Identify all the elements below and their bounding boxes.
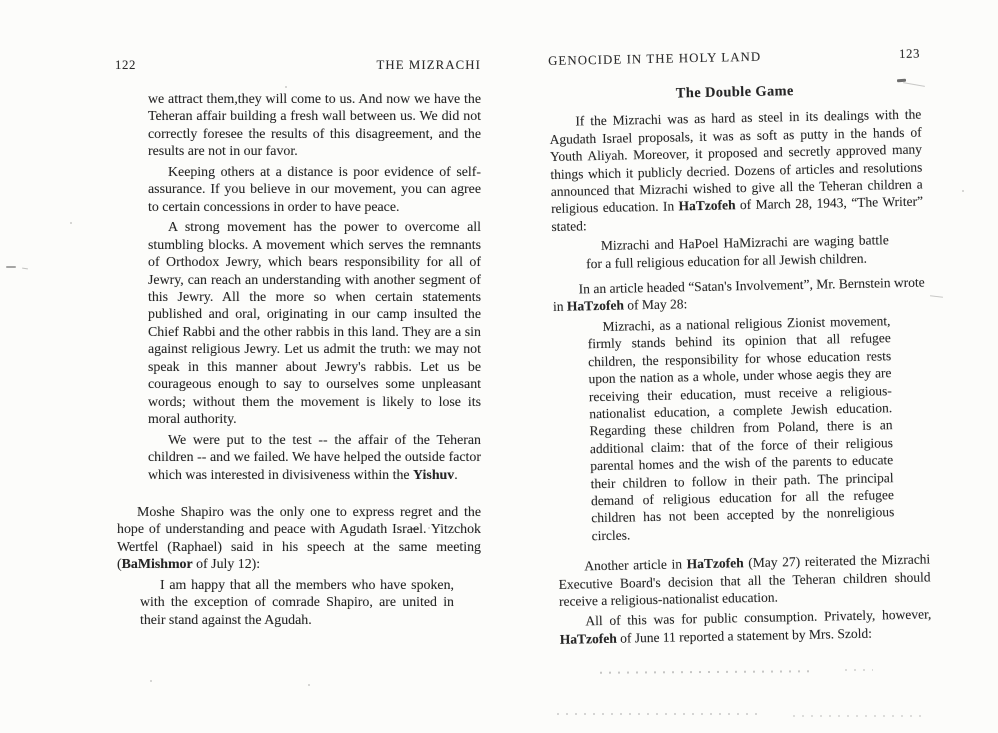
right-page-skew-wrapper: GENOCIDE IN THE HOLY LAND 123 The Double…	[548, 47, 932, 652]
left-page: 122 THE MIZRACHI we attract them,they wi…	[0, 0, 500, 733]
text-run: of June 11 reported a statement by Mrs. …	[617, 625, 872, 645]
paragraph: Mizrachi and HaPoel HaMizrachi are wagin…	[586, 231, 890, 272]
paragraph: We were put to the test -- the affair of…	[148, 432, 481, 484]
text-run: All of this was for public consumption. …	[585, 607, 931, 629]
emphasized-text: The Double Game	[676, 83, 794, 101]
text-run: Mizrachi, as a national religious Zionis…	[588, 313, 895, 543]
text-run: I am happy that all the members who have…	[140, 578, 454, 628]
right-page-number: 123	[899, 47, 920, 62]
paragraph: Moshe Shapiro was the only one to expres…	[117, 504, 481, 574]
paragraph: Keeping others at a distance is poor evi…	[148, 164, 481, 216]
text-run: Another article in	[584, 556, 687, 573]
paragraph: If the Mizrachi was as hard as steel in …	[549, 106, 923, 235]
paragraph: I am happy that all the members who have…	[140, 577, 454, 629]
right-page: GENOCIDE IN THE HOLY LAND 123 The Double…	[500, 0, 998, 733]
left-running-title: THE MIZRACHI	[376, 58, 481, 73]
paragraph: Mizrachi, as a national religious Zionis…	[587, 312, 894, 544]
right-running-header: GENOCIDE IN THE HOLY LAND 123	[548, 47, 920, 69]
right-running-title: GENOCIDE IN THE HOLY LAND	[548, 50, 761, 69]
text-run: A strong movement has the power to overc…	[148, 220, 481, 427]
emphasized-text: HaTzofeh	[678, 198, 735, 214]
section-heading: The Double Game	[549, 81, 921, 106]
text-run: of May 28:	[624, 297, 688, 313]
paragraph: In an article headed “Satan's Involvemen…	[553, 274, 926, 316]
emphasized-text: Yishuv	[413, 468, 454, 483]
text-run: of July 12):	[193, 557, 261, 572]
emphasized-text: BaMishmor	[122, 557, 193, 572]
book-spread-scan: 122 THE MIZRACHI we attract them,they wi…	[0, 0, 998, 733]
text-run: .	[454, 468, 457, 483]
text-run: Keeping others at a distance is poor evi…	[148, 165, 481, 215]
left-page-body: we attract them,they will come to us. An…	[117, 91, 481, 632]
paragraph: we attract them,they will come to us. An…	[148, 91, 481, 161]
emphasized-text: HaTzofeh	[567, 298, 624, 314]
emphasized-text: HaTzofeh	[687, 555, 744, 571]
text-run: we attract them,they will come to us. An…	[148, 92, 481, 159]
emphasized-text: HaTzofeh	[560, 631, 617, 647]
right-page-body: The Double GameIf the Mizrachi was as ha…	[549, 81, 932, 649]
paragraph: Another article in HaTzofeh (May 27) rei…	[558, 551, 931, 611]
left-page-number: 122	[115, 58, 136, 73]
text-run: Mizrachi and HaPoel HaMizrachi are wagin…	[586, 232, 889, 270]
paragraph: All of this was for public consumption. …	[559, 606, 932, 648]
left-running-header: 122 THE MIZRACHI	[115, 58, 481, 73]
paragraph: A strong movement has the power to overc…	[148, 219, 481, 428]
